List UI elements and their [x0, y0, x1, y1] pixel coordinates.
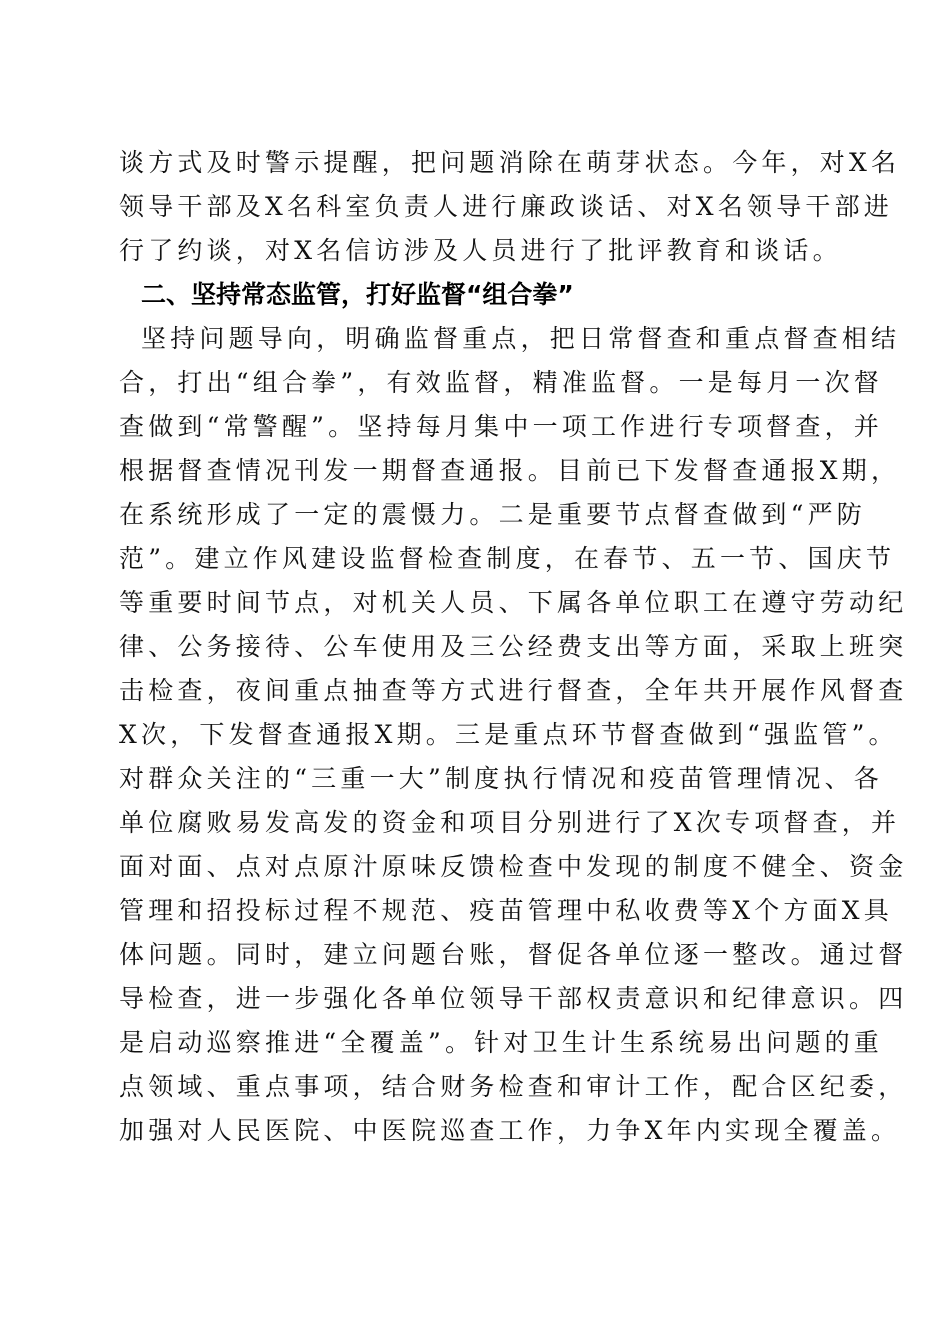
- text-line: 管理和招投标过程不规范、疫苗管理中私收费等X个方面X具: [119, 889, 829, 933]
- text-line: 在系统形成了一定的震慑力。二是重要节点督查做到“严防: [119, 493, 829, 537]
- text-line-first: 坚持问题导向，明确监督重点，把日常督查和重点督查相结: [119, 317, 829, 361]
- text-line: 查做到“常警醒”。坚持每月集中一项工作进行专项督查，并: [119, 405, 829, 449]
- text-line: 合，打出“组合拳”，有效监督，精准监督。一是每月一次督: [119, 361, 829, 405]
- paragraph-body: 坚持问题导向，明确监督重点，把日常督查和重点督查相结 合，打出“组合拳”，有效监…: [119, 317, 829, 1153]
- text-line: 律、公务接待、公车使用及三公经费支出等方面，采取上班突: [119, 625, 829, 669]
- text-line: 点领域、重点事项，结合财务检查和审计工作，配合区纪委，: [119, 1065, 829, 1109]
- text-line: 等重要时间节点，对机关人员、下属各单位职工在遵守劳动纪: [119, 581, 829, 625]
- text-line: 是启动巡察推进“全覆盖”。针对卫生计生系统易出问题的重: [119, 1021, 829, 1065]
- document-page: 谈方式及时警示提醒，把问题消除在萌芽状态。今年，对X名 领导干部及X名科室负责人…: [119, 141, 829, 1153]
- text-line: 面对面、点对点原汁原味反馈检查中发现的制度不健全、资金: [119, 845, 829, 889]
- text-line: 导检查，进一步强化各单位领导干部权责意识和纪律意识。四: [119, 977, 829, 1021]
- text-line: 领导干部及X名科室负责人进行廉政谈话、对X名领导干部进: [119, 185, 829, 229]
- text-line: 对群众关注的“三重一大”制度执行情况和疫苗管理情况、各: [119, 757, 829, 801]
- text-line: X次，下发督查通报X期。三是重点环节督查做到“强监管”。: [119, 713, 829, 757]
- text-line: 体问题。同时，建立问题台账，督促各单位逐一整改。通过督: [119, 933, 829, 977]
- text-line: 加强对人民医院、中医院巡查工作，力争X年内实现全覆盖。: [119, 1109, 829, 1153]
- text-line: 谈方式及时警示提醒，把问题消除在萌芽状态。今年，对X名: [119, 141, 829, 185]
- text-line: 击检查，夜间重点抽查等方式进行督查，全年共开展作风督查: [119, 669, 829, 713]
- text-line: 行了约谈，对X名信访涉及人员进行了批评教育和谈话。: [119, 229, 829, 273]
- paragraph-continuation: 谈方式及时警示提醒，把问题消除在萌芽状态。今年，对X名 领导干部及X名科室负责人…: [119, 141, 829, 273]
- text-line: 范”。建立作风建设监督检查制度，在春节、五一节、国庆节: [119, 537, 829, 581]
- text-line: 根据督查情况刊发一期督查通报。目前已下发督查通报X期，: [119, 449, 829, 493]
- text-line: 单位腐败易发高发的资金和项目分别进行了X次专项督查，并: [119, 801, 829, 845]
- section-heading: 二、坚持常态监管，打好监督“组合拳”: [119, 273, 829, 317]
